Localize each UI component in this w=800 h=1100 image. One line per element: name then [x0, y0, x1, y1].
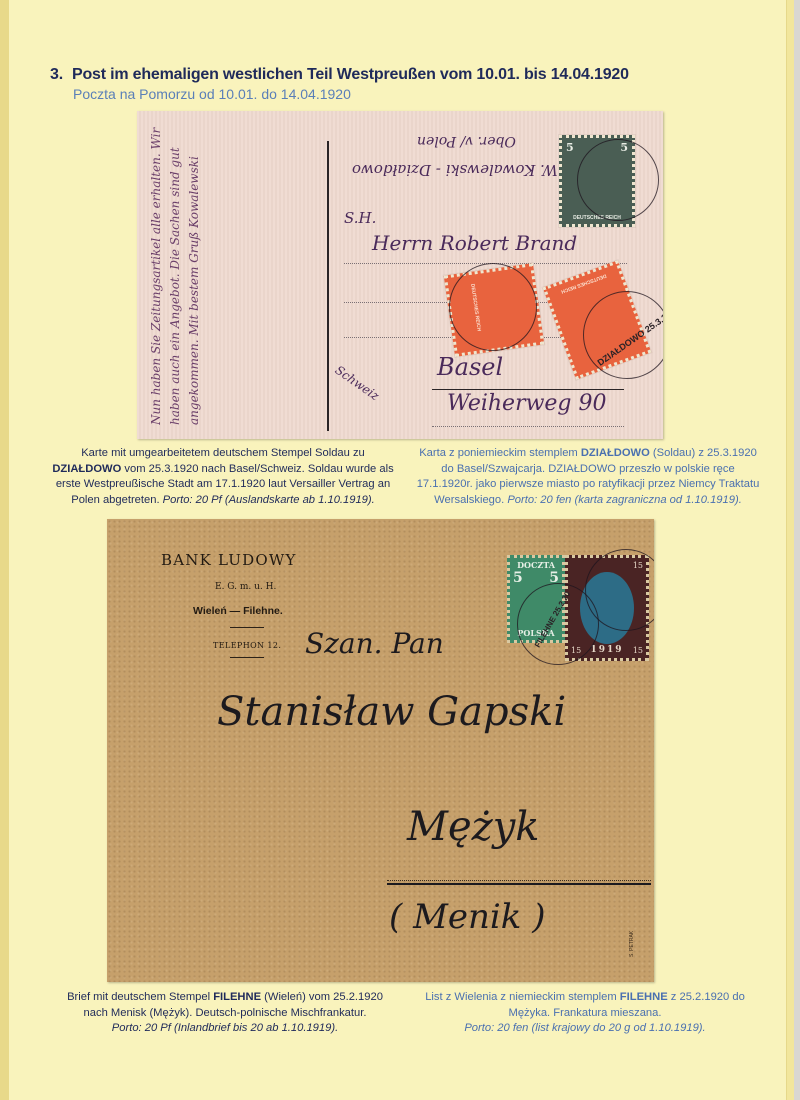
caption-postcard-german: Karte mit umgearbeitetem deutschem Stemp… [48, 446, 398, 508]
divider [230, 627, 264, 628]
divider [230, 657, 264, 658]
destination-city: Basel [437, 353, 503, 381]
postcard-image: Nun haben Sie Zeitungsartikel alle erhal… [137, 111, 663, 439]
postmark-circle [449, 263, 537, 351]
printer-mark: S. PETRAK [629, 931, 635, 957]
bank-city: Wieleń — Filehne. [193, 605, 283, 617]
postcard-message-handwriting: Nun haben Sie Zeitungsartikel alle erhal… [147, 125, 322, 425]
caption-envelope-polish: List z Wielenia z niemieckim stemplem FI… [410, 990, 760, 1037]
page-background-edge [794, 0, 800, 1100]
address-line [432, 426, 624, 427]
bank-phone: TELEPHON 12. [213, 641, 281, 650]
title-german: Post im ehemaligen westlichen Teil Westp… [72, 66, 629, 83]
destination-city-german: ( Menik ) [389, 897, 545, 937]
addressee-name: Stanisław Gapski [217, 689, 566, 735]
caption-postcard-polish: Karta z poniemieckim stemplem DZIAŁDOWO … [412, 446, 764, 508]
address-prefix: S.H. [344, 209, 376, 227]
destination-city: Mężyk [407, 804, 540, 850]
country-note: Schweiz [333, 363, 382, 403]
sender-line-2: Ober. v/ Polen [417, 133, 516, 149]
salutation: Szan. Pan [305, 627, 444, 660]
postcard-divider-line [327, 141, 329, 431]
address-line [387, 880, 651, 881]
postmark-circle [583, 291, 663, 379]
page-subtitle-polish: Poczta na Pomorzu od 10.01. do 14.04.192… [73, 86, 351, 102]
envelope-image: BANK LUDOWY E. G. m. u. H. Wieleń — File… [107, 519, 654, 982]
bank-legal-form: E. G. m. u. H. [215, 582, 276, 592]
album-page: 3.Post im ehemaligen westlichen Teil Wes… [0, 0, 800, 1100]
page-left-edge [0, 0, 9, 1100]
postmark-circle [577, 139, 659, 221]
section-number: 3. [50, 66, 72, 84]
page-title: 3.Post im ehemaligen westlichen Teil Wes… [50, 66, 629, 84]
city-underline [432, 389, 624, 390]
destination-street: Weiherweg 90 [447, 391, 607, 416]
bank-name: BANK LUDOWY [161, 551, 297, 569]
city-underline [387, 883, 651, 885]
addressee-name: Herrn Robert Brand [372, 231, 577, 255]
sender-line-1: W. Kowalewski - Działdowo [352, 161, 558, 179]
caption-envelope-german: Brief mit deutschem Stempel FILEHNE (Wie… [55, 990, 395, 1037]
